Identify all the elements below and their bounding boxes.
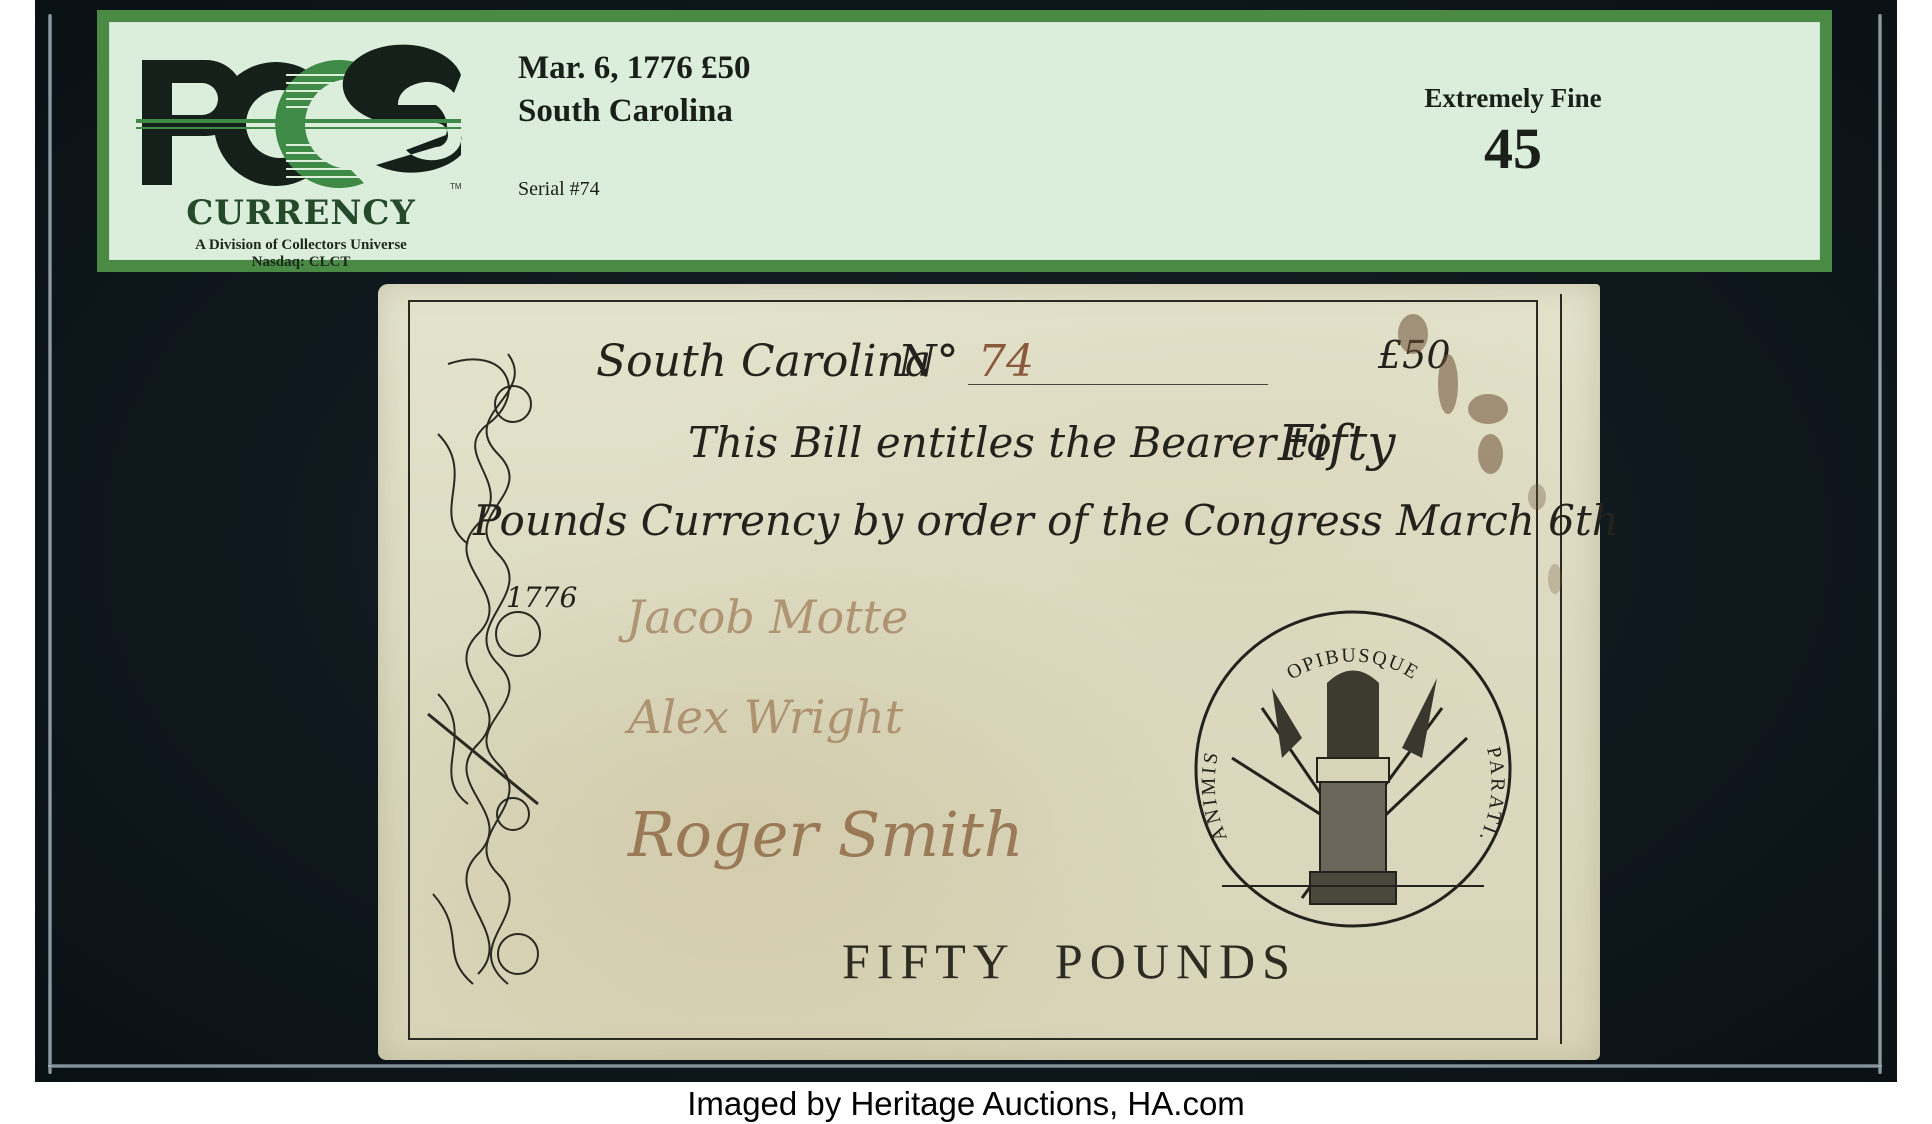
- ink-stain: [1468, 394, 1508, 424]
- seal-emblem-icon: OPIBUSQUE ANIMIS PARATI.: [1192, 608, 1514, 930]
- grade-description: Extremely Fine: [1363, 83, 1663, 114]
- slab-edge-left: [48, 14, 52, 1074]
- seal-motto-right: PARATI.: [1474, 745, 1509, 848]
- vertical-flourish-icon: [418, 334, 548, 994]
- image-credit: Imaged by Heritage Auctions, HA.com: [0, 1084, 1932, 1124]
- item-state: South Carolina: [518, 95, 733, 128]
- division-text: A Division of Collectors Universe: [136, 238, 466, 253]
- note-text-line1: This Bill entitles the Bearer to: [688, 422, 1332, 464]
- item-title: Mar. 6, 1776 £50: [518, 52, 751, 85]
- ink-stain: [1438, 354, 1458, 414]
- note-edge-rule: [1560, 294, 1562, 1044]
- note-text-line2: Pounds Currency by order of the Congress…: [473, 500, 1619, 542]
- signature-2: Alex Wright: [628, 694, 903, 740]
- logo-currency-text: CURRENCY: [136, 196, 466, 230]
- denomination-word-1: Fifty: [842, 933, 1016, 989]
- note-state-name: South Carolina: [596, 340, 931, 384]
- svg-text:PARATI.: PARATI.: [1474, 745, 1509, 848]
- banknote: South Carolina N° 74 £50 This Bill entit…: [378, 284, 1600, 1060]
- note-year: 1776: [506, 584, 577, 612]
- grading-label: TM CURRENCY A Division of Collectors Uni…: [97, 10, 1832, 272]
- slab-edge-bottom: [48, 1064, 1882, 1068]
- pcgs-logo-icon: [136, 35, 466, 200]
- pcgs-logo: TM CURRENCY A Division of Collectors Uni…: [136, 35, 466, 255]
- grade-number: 45: [1363, 115, 1663, 182]
- grading-label-panel: TM CURRENCY A Division of Collectors Uni…: [109, 22, 1820, 260]
- slab-edge-right: [1878, 14, 1882, 1074]
- note-number-prefix: N°: [898, 340, 959, 384]
- item-serial: Serial #74: [518, 178, 600, 201]
- ink-stain: [1528, 484, 1546, 510]
- ink-stain: [1398, 314, 1428, 354]
- svg-text:ANIMIS: ANIMIS: [1198, 748, 1232, 845]
- denomination-text: Fifty Pounds: [842, 936, 1297, 986]
- serial-underline: [968, 384, 1268, 385]
- signature-3: Roger Smith: [628, 804, 1024, 866]
- signature-1: Jacob Motte: [626, 594, 908, 640]
- ink-stain: [1478, 434, 1503, 474]
- ticker-text: Nasdaq: CLCT: [136, 255, 466, 270]
- trademark-mark: TM: [450, 182, 462, 191]
- note-text-amount-words: Fifty: [1278, 418, 1396, 468]
- ink-stain: [1548, 564, 1562, 594]
- denomination-word-2: Pounds: [1055, 933, 1297, 989]
- note-serial-number: 74: [978, 340, 1034, 384]
- seal-motto-left: ANIMIS: [1198, 748, 1232, 845]
